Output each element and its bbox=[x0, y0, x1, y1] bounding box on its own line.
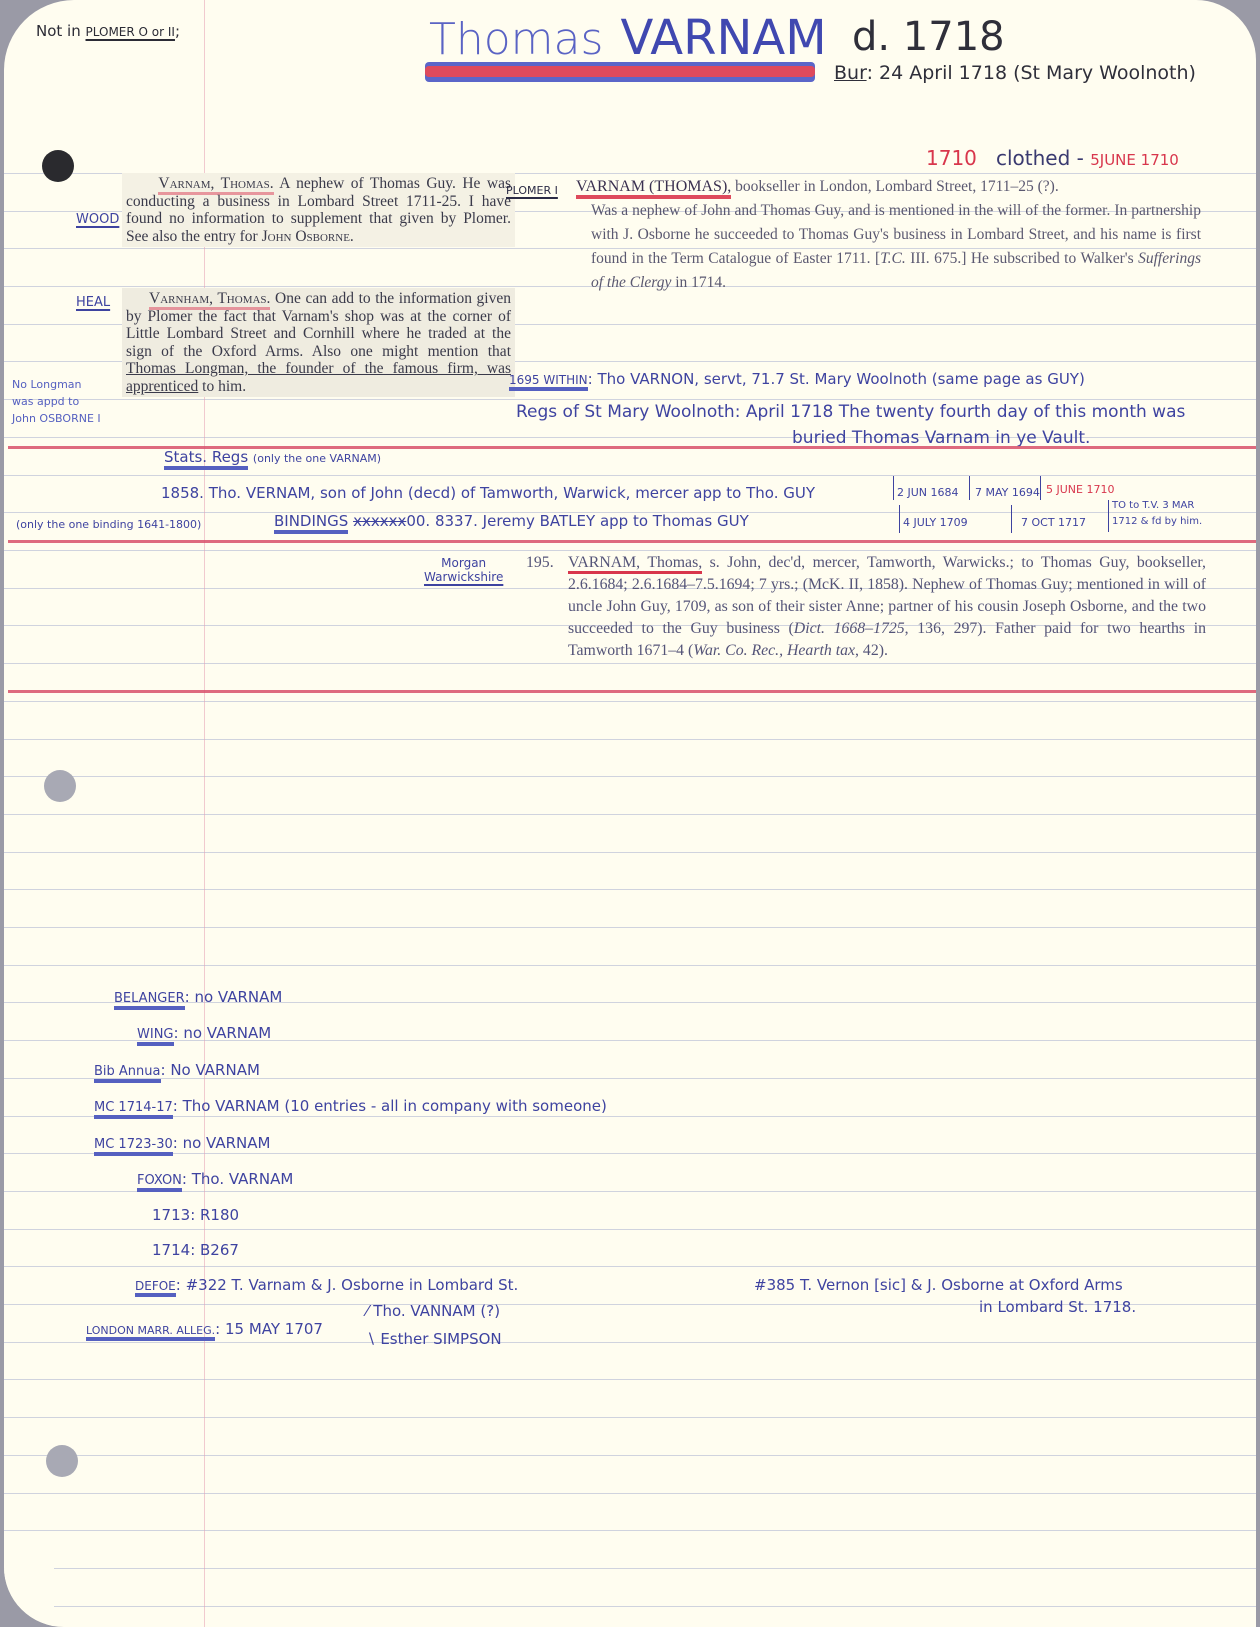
marriage-party-2: ∖ Esther SIMPSON bbox=[366, 1330, 502, 1348]
clothed-label: clothed - bbox=[996, 146, 1084, 170]
ruled-line bbox=[4, 1342, 1256, 1343]
ruled-line bbox=[4, 1493, 1256, 1494]
source-label: WING bbox=[137, 1027, 174, 1046]
ruled-line bbox=[4, 852, 1256, 853]
column-divider bbox=[969, 476, 970, 500]
bindings-note: (only the one binding 1641-1800) bbox=[16, 518, 201, 531]
morgan-headword: VARNAM, Thomas, bbox=[568, 554, 702, 574]
ruled-line bbox=[4, 1153, 1256, 1154]
column-divider bbox=[1040, 476, 1041, 500]
ruled-line bbox=[4, 1455, 1256, 1456]
stats-row-1-free: 7 MAY 1694 bbox=[975, 486, 1040, 499]
burial-line: Bur: 24 April 1718 (St Mary Woolnoth) bbox=[834, 62, 1196, 84]
source-entry: MC 1714-17: Tho VARNAM (10 entries - all… bbox=[94, 1097, 607, 1115]
section-divider bbox=[8, 690, 1256, 693]
source-value: : no VARNAM bbox=[173, 1134, 271, 1152]
ruled-line bbox=[4, 701, 1256, 702]
longman-note: No Longman was appd to John OSBORNE I bbox=[12, 376, 101, 427]
ruled-line bbox=[4, 399, 1256, 400]
column-divider bbox=[899, 505, 900, 533]
ruled-line bbox=[4, 663, 1256, 664]
title-first-name: Thomas bbox=[429, 14, 603, 65]
column-divider bbox=[893, 476, 894, 500]
defoe-line: DEFOE: #322 T. Varnam & J. Osborne in Lo… bbox=[135, 1276, 518, 1294]
clothed-line: 1710 clothed - 5JUNE 1710 bbox=[926, 146, 1179, 170]
entry-number: 195. bbox=[526, 552, 554, 574]
ruled-line bbox=[4, 739, 1256, 740]
column-divider bbox=[1108, 500, 1109, 532]
burial-text: : 24 April 1718 (St Mary Woolnoth) bbox=[867, 62, 1196, 84]
plomer-label: PLOMER I bbox=[506, 184, 558, 197]
marriage-label: LONDON MARR. ALLEG. bbox=[86, 1324, 215, 1341]
stats-row-2-free: 7 OCT 1717 bbox=[1021, 516, 1086, 529]
wood-label: WOOD bbox=[76, 212, 119, 227]
title-underline-red bbox=[425, 66, 815, 77]
stats-row-2: BINDINGS xxxxxx00. 8337. Jeremy BATLEY a… bbox=[274, 512, 749, 530]
plomer-headword: VARNAM (THOMAS), bbox=[576, 178, 731, 199]
source-entry: BELANGER: no VARNAM bbox=[114, 988, 282, 1006]
ruled-line bbox=[4, 1530, 1256, 1531]
column-divider bbox=[1011, 505, 1012, 533]
section-divider bbox=[8, 540, 1256, 543]
source-entry: Bib Annua: No VARNAM bbox=[94, 1061, 260, 1079]
clothed-year: 1710 bbox=[926, 146, 977, 170]
heal-label: HEAL bbox=[76, 295, 110, 310]
within-line: 1695 WITHIN: Tho VARNON, servt, 71.7 St.… bbox=[509, 370, 1085, 388]
index-card: Not in PLOMER O or II; Thomas VARNAM d. … bbox=[4, 0, 1256, 1627]
within-label: 1695 WITHIN bbox=[509, 373, 588, 391]
defoe-label: DEFOE bbox=[135, 1279, 176, 1297]
stats-row-1-clothed: 5 JUNE 1710 bbox=[1046, 483, 1114, 496]
source-label: FOXON bbox=[137, 1173, 182, 1192]
ruled-line bbox=[4, 1229, 1256, 1230]
ruled-line bbox=[4, 1606, 1256, 1607]
source-entry: MC 1723-30: no VARNAM bbox=[94, 1134, 270, 1152]
wood-clipping: Varnam, Thomas. A nephew of Thomas Guy. … bbox=[122, 173, 515, 247]
punch-hole bbox=[46, 1445, 78, 1477]
corner-note-ref: PLOMER O or II bbox=[86, 25, 175, 39]
morgan-label: Morgan Warwickshire bbox=[424, 556, 503, 584]
punch-hole bbox=[44, 770, 76, 802]
stats-row-1: 1858. Tho. VERNAM, son of John (decd) of… bbox=[161, 484, 815, 502]
stats-row-2-turnover: TO to T.V. 3 MAR 1712 & fd by him. bbox=[1112, 498, 1202, 530]
clothed-date: 5JUNE 1710 bbox=[1090, 151, 1179, 169]
page-title: Thomas VARNAM bbox=[429, 10, 827, 66]
heal-clipping: Varnham, Thomas. One can add to the info… bbox=[122, 288, 515, 397]
stats-row-2-bound: 4 JULY 1709 bbox=[903, 516, 968, 529]
source-value: : No VARNAM bbox=[161, 1061, 260, 1079]
punch-hole bbox=[42, 150, 74, 182]
ruled-line bbox=[4, 927, 1256, 928]
bindings-label: BINDINGS bbox=[274, 512, 348, 534]
source-label: BELANGER bbox=[114, 991, 185, 1010]
ruled-line bbox=[4, 475, 1256, 476]
ruled-line bbox=[4, 550, 1256, 551]
corner-note: Not in PLOMER O or II; bbox=[36, 22, 180, 40]
ruled-line bbox=[4, 1116, 1256, 1117]
foxon-item: 1713: R180 bbox=[152, 1206, 239, 1224]
ruled-line bbox=[4, 965, 1256, 966]
ruled-line bbox=[4, 1568, 1256, 1569]
morgan-clipping: 195. VARNAM, Thomas, s. John, dec'd, mer… bbox=[526, 552, 1206, 662]
source-entry: FOXON: Tho. VARNAM bbox=[137, 1170, 293, 1188]
source-label: MC 1723-30 bbox=[94, 1137, 173, 1156]
defoe-entry-2: #385 T. Vernon [sic] & J. Osborne at Oxf… bbox=[754, 1276, 1123, 1294]
ruled-line bbox=[4, 814, 1256, 815]
stats-label: Stats. Regs bbox=[164, 448, 248, 470]
ruled-line bbox=[4, 1379, 1256, 1380]
defoe-entry-2b: in Lombard St. 1718. bbox=[979, 1298, 1136, 1316]
plomer-clipping: VARNAM (THOMAS), bookseller in London, L… bbox=[576, 175, 1201, 295]
source-value: : Tho VARNAM (10 entries - all in compan… bbox=[173, 1097, 607, 1115]
source-entry: WING: no VARNAM bbox=[137, 1024, 271, 1042]
foxon-item: 1714: B267 bbox=[152, 1241, 239, 1259]
source-label: MC 1714-17 bbox=[94, 1100, 173, 1119]
death-year: d. 1718 bbox=[852, 14, 1005, 60]
burial-label: Bur bbox=[834, 62, 867, 84]
ruled-line bbox=[4, 1191, 1256, 1192]
ruled-line bbox=[4, 1266, 1256, 1267]
regs-line: Regs of St Mary Woolnoth: April 1718 The… bbox=[516, 402, 1185, 422]
source-label: Bib Annua bbox=[94, 1064, 161, 1083]
stats-row-1-bound: 2 JUN 1684 bbox=[897, 486, 959, 499]
marriage-party-1: ⁄ Tho. VANNAM (?) bbox=[366, 1302, 500, 1320]
source-value: : no VARNAM bbox=[174, 1024, 272, 1042]
source-value: : no VARNAM bbox=[185, 988, 283, 1006]
ruled-line bbox=[4, 889, 1256, 890]
ruled-line bbox=[4, 1417, 1256, 1418]
source-value: : Tho. VARNAM bbox=[182, 1170, 293, 1188]
title-surname: VARNAM bbox=[621, 10, 827, 66]
stats-heading: Stats. Regs (only the one VARNAM) bbox=[164, 448, 381, 466]
regs-line-2: buried Thomas Varnam in ye Vault. bbox=[792, 428, 1090, 448]
regs-label: Regs of St Mary Woolnoth: bbox=[516, 402, 740, 422]
marriage-line: LONDON MARR. ALLEG.: 15 MAY 1707 bbox=[86, 1320, 323, 1338]
ruled-line bbox=[4, 776, 1256, 777]
